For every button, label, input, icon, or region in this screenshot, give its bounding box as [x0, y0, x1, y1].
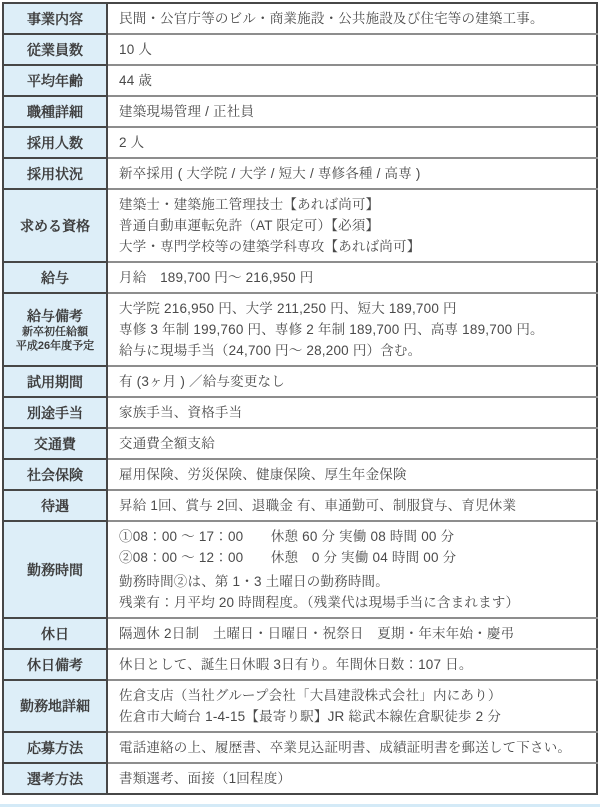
row-hires: 採用人数 2 人	[3, 127, 597, 158]
content-line: 10 人	[119, 39, 585, 60]
row-content-job-detail: 建築現場管理 / 正社員	[107, 96, 597, 127]
row-employees: 従業員数 10 人	[3, 34, 597, 65]
job-posting-page: 事業内容 民間・公官庁等のビル・商業施設・公共施設及び住宅等の建築工事。 従業員…	[0, 2, 600, 807]
content-line: ①08：00 ～ 17：00 休憩 60 分 実働 08 時間 00 分	[119, 526, 585, 547]
content-line: 佐倉支店（当社グループ会社「大昌建設株式会社」内にあり）	[119, 685, 585, 706]
row-header-salary: 給与	[3, 262, 107, 293]
content-line: 大学・専門学校等の建築学科専攻【あれば尚可】	[119, 236, 585, 257]
row-header-label: 従業員数	[6, 41, 104, 59]
row-content-trial-period: 有 (3ヶ月 ) ／給与変更なし	[107, 366, 597, 397]
row-header-label: 勤務地詳細	[6, 697, 104, 715]
row-header-label: 休日	[6, 625, 104, 643]
row-header-label: 職種詳細	[6, 103, 104, 121]
row-header-salary-notes: 給与備考 新卒初任給額 平成26年度予定	[3, 293, 107, 366]
row-header-apply-method: 応募方法	[3, 732, 107, 763]
content-line: 昇給 1回、賞与 2回、退職金 有、車通勤可、制服貸与、育児休業	[119, 495, 585, 516]
row-apply-method: 応募方法 電話連絡の上、履歴書、卒業見込証明書、成績証明書を郵送して下さい。	[3, 732, 597, 763]
row-salary-notes: 給与備考 新卒初任給額 平成26年度予定 大学院 216,950 円、大学 21…	[3, 293, 597, 366]
row-header-label: 給与	[6, 269, 104, 287]
content-line: 交通費全額支給	[119, 433, 585, 454]
row-benefits: 待遇 昇給 1回、賞与 2回、退職金 有、車通勤可、制服貸与、育児休業	[3, 490, 597, 521]
content-line: 専修 3 年制 199,760 円、専修 2 年制 189,700 円、高専 1…	[119, 319, 585, 340]
row-header-allowances: 別途手当	[3, 397, 107, 428]
content-line: 大学院 216,950 円、大学 211,250 円、短大 189,700 円	[119, 298, 585, 319]
content-line: ②08：00 ～ 12：00 休憩 0 分 実働 04 時間 00 分	[119, 547, 585, 568]
row-content-qualifications: 建築士・建築施工管理技士【あれば尚可】 普通自動車運転免許（AT 限定可）【必須…	[107, 189, 597, 262]
row-content-allowances: 家族手当、資格手当	[107, 397, 597, 428]
row-header-label: 給与備考	[6, 307, 104, 325]
content-line: 44 歳	[119, 70, 585, 91]
row-content-selection-method: 書類選考、面接（1回程度）	[107, 763, 597, 794]
content-line: 雇用保険、労災保険、健康保険、厚生年金保険	[119, 464, 585, 485]
row-trial-period: 試用期間 有 (3ヶ月 ) ／給与変更なし	[3, 366, 597, 397]
row-header-hires: 採用人数	[3, 127, 107, 158]
row-content-apply-method: 電話連絡の上、履歴書、卒業見込証明書、成績証明書を郵送して下さい。	[107, 732, 597, 763]
content-line: 普通自動車運転免許（AT 限定可）【必須】	[119, 215, 585, 236]
row-content-insurance: 雇用保険、労災保険、健康保険、厚生年金保険	[107, 459, 597, 490]
row-location: 勤務地詳細 佐倉支店（当社グループ会社「大昌建設株式会社」内にあり） 佐倉市大崎…	[3, 680, 597, 732]
row-insurance: 社会保険 雇用保険、労災保険、健康保険、厚生年金保険	[3, 459, 597, 490]
row-header-sublabel: 平成26年度予定	[6, 339, 104, 353]
row-allowances: 別途手当 家族手当、資格手当	[3, 397, 597, 428]
row-content-transport: 交通費全額支給	[107, 428, 597, 459]
row-header-insurance: 社会保険	[3, 459, 107, 490]
row-business: 事業内容 民間・公官庁等のビル・商業施設・公共施設及び住宅等の建築工事。	[3, 3, 597, 34]
row-content-avg-age: 44 歳	[107, 65, 597, 96]
job-posting-table: 事業内容 民間・公官庁等のビル・商業施設・公共施設及び住宅等の建築工事。 従業員…	[2, 2, 598, 795]
row-header-employees: 従業員数	[3, 34, 107, 65]
row-header-label: 平均年齢	[6, 72, 104, 90]
content-line: 家族手当、資格手当	[119, 402, 585, 423]
row-content-employees: 10 人	[107, 34, 597, 65]
content-line: 新卒採用 ( 大学院 / 大学 / 短大 / 専修各種 / 高専 )	[119, 163, 585, 184]
content-line: 休日として、誕生日休暇 3日有り。年間休日数：107 日。	[119, 654, 585, 675]
content-line: 建築現場管理 / 正社員	[119, 101, 585, 122]
row-header-business: 事業内容	[3, 3, 107, 34]
row-content-work-hours: ①08：00 ～ 17：00 休憩 60 分 実働 08 時間 00 分 ②08…	[107, 521, 597, 618]
row-header-label: 交通費	[6, 435, 104, 453]
row-holiday-notes: 休日備考 休日として、誕生日休暇 3日有り。年間休日数：107 日。	[3, 649, 597, 680]
row-header-qualifications: 求める資格	[3, 189, 107, 262]
row-header-work-hours: 勤務時間	[3, 521, 107, 618]
row-header-avg-age: 平均年齢	[3, 65, 107, 96]
row-content-salary: 月給 189,700 円～ 216,950 円	[107, 262, 597, 293]
row-salary: 給与 月給 189,700 円～ 216,950 円	[3, 262, 597, 293]
row-header-location: 勤務地詳細	[3, 680, 107, 732]
row-header-label: 勤務時間	[6, 561, 104, 579]
row-content-hires: 2 人	[107, 127, 597, 158]
content-line: 佐倉市大崎台 1-4-15【最寄り駅】JR 総武本線佐倉駅徒歩 2 分	[119, 706, 585, 727]
row-header-label: 待遇	[6, 497, 104, 515]
row-transport: 交通費 交通費全額支給	[3, 428, 597, 459]
row-header-label: 応募方法	[6, 739, 104, 757]
row-qualifications: 求める資格 建築士・建築施工管理技士【あれば尚可】 普通自動車運転免許（AT 限…	[3, 189, 597, 262]
content-line: 建築士・建築施工管理技士【あれば尚可】	[119, 194, 585, 215]
row-content-salary-notes: 大学院 216,950 円、大学 211,250 円、短大 189,700 円 …	[107, 293, 597, 366]
row-work-hours: 勤務時間 ①08：00 ～ 17：00 休憩 60 分 実働 08 時間 00 …	[3, 521, 597, 618]
content-line: 電話連絡の上、履歴書、卒業見込証明書、成績証明書を郵送して下さい。	[119, 737, 585, 758]
row-job-detail: 職種詳細 建築現場管理 / 正社員	[3, 96, 597, 127]
row-content-hiring-status: 新卒採用 ( 大学院 / 大学 / 短大 / 専修各種 / 高専 )	[107, 158, 597, 189]
row-avg-age: 平均年齢 44 歳	[3, 65, 597, 96]
content-line: 書類選考、面接（1回程度）	[119, 768, 585, 789]
content-line: 有 (3ヶ月 ) ／給与変更なし	[119, 371, 585, 392]
row-header-label: 試用期間	[6, 373, 104, 391]
row-header-label: 社会保険	[6, 466, 104, 484]
row-header-sublabel: 新卒初任給額	[6, 325, 104, 339]
content-line: 月給 189,700 円～ 216,950 円	[119, 267, 585, 288]
row-header-label: 別途手当	[6, 404, 104, 422]
row-header-label: 休日備考	[6, 656, 104, 674]
content-line: 残業有：月平均 20 時間程度。（残業代は現場手当に含まれます）	[119, 592, 585, 613]
content-line: 隔週休 2日制 土曜日・日曜日・祝祭日 夏期・年末年始・慶弔	[119, 623, 585, 644]
row-header-holiday-notes: 休日備考	[3, 649, 107, 680]
row-content-location: 佐倉支店（当社グループ会社「大昌建設株式会社」内にあり） 佐倉市大崎台 1-4-…	[107, 680, 597, 732]
content-line: 民間・公官庁等のビル・商業施設・公共施設及び住宅等の建築工事。	[119, 8, 585, 29]
content-line: 給与に現場手当（24,700 円～ 28,200 円）含む。	[119, 340, 585, 361]
row-holidays: 休日 隔週休 2日制 土曜日・日曜日・祝祭日 夏期・年末年始・慶弔	[3, 618, 597, 649]
row-header-trial-period: 試用期間	[3, 366, 107, 397]
row-header-label: 採用状況	[6, 165, 104, 183]
row-content-benefits: 昇給 1回、賞与 2回、退職金 有、車通勤可、制服貸与、育児休業	[107, 490, 597, 521]
row-header-transport: 交通費	[3, 428, 107, 459]
row-hiring-status: 採用状況 新卒採用 ( 大学院 / 大学 / 短大 / 専修各種 / 高専 )	[3, 158, 597, 189]
row-header-label: 選考方法	[6, 770, 104, 788]
row-content-holidays: 隔週休 2日制 土曜日・日曜日・祝祭日 夏期・年末年始・慶弔	[107, 618, 597, 649]
row-selection-method: 選考方法 書類選考、面接（1回程度）	[3, 763, 597, 794]
row-content-holiday-notes: 休日として、誕生日休暇 3日有り。年間休日数：107 日。	[107, 649, 597, 680]
row-header-label: 事業内容	[6, 10, 104, 28]
row-header-label: 求める資格	[6, 217, 104, 235]
row-header-label: 採用人数	[6, 134, 104, 152]
row-header-job-detail: 職種詳細	[3, 96, 107, 127]
row-content-business: 民間・公官庁等のビル・商業施設・公共施設及び住宅等の建築工事。	[107, 3, 597, 34]
content-line: 2 人	[119, 132, 585, 153]
content-line: 勤務時間②は、第 1・3 土曜日の勤務時間。	[119, 571, 585, 592]
row-header-hiring-status: 採用状況	[3, 158, 107, 189]
row-header-benefits: 待遇	[3, 490, 107, 521]
row-header-holidays: 休日	[3, 618, 107, 649]
row-header-selection-method: 選考方法	[3, 763, 107, 794]
